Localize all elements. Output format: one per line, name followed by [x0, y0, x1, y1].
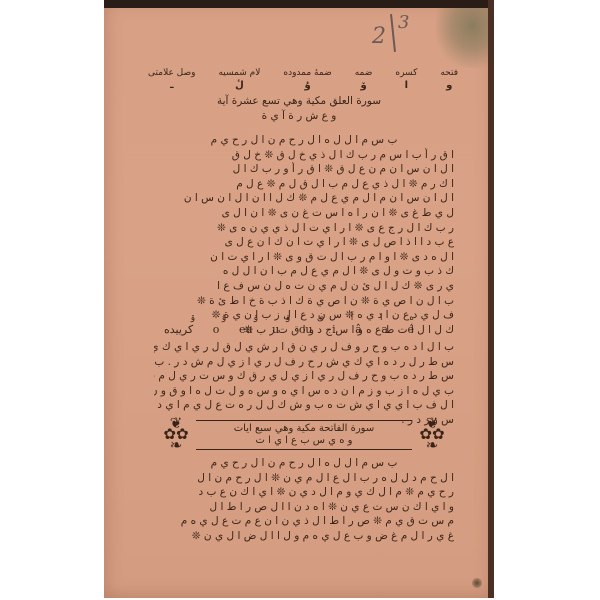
folio-denominator: 3 — [398, 12, 409, 33]
legend-entry: کسرها — [395, 68, 417, 91]
text-line: ي ر ى ❊ ك ل ا ل ئ ن ل م ي ن ت ه ل ن س ف … — [154, 279, 454, 294]
text-line: ب ا ل ا د ه ب و ح ر و ف ل ر ي ن ق ا ر ش … — [154, 340, 454, 355]
ornamental-banner: ❦✿✿❧ سورة الفاتحة مكية وهي سبع آيات و ه … — [156, 418, 452, 452]
transcription-mark: ى — [317, 313, 324, 323]
transcription-latin: کرییدهoeuuouiâaé — [164, 323, 414, 336]
text-line: م س ت ق ي م ❊ ص ر ا ط ا ل ذ ي ن ا ن ع م … — [154, 514, 454, 529]
folio-numerator: 2 — [372, 24, 386, 49]
transcription-latin-letter: ou — [299, 323, 313, 336]
page-right-edge — [488, 0, 494, 598]
folio-divider — [390, 14, 396, 52]
text-line: س ط ر د ه ب و ح ر ف ل ر ي ا ز ي ل ي ر ق … — [154, 369, 454, 384]
text-line: ب س م ا ل ل ه ا ل ر ح م ن ا ل ر ح ي م — [154, 456, 454, 471]
foxing-spot — [472, 578, 482, 588]
banner-rule-top — [196, 420, 412, 421]
text-line: س ط ر ل ر د ه ا ي ك ي ش ر ح ر ف ل ر ي ا … — [154, 355, 454, 370]
heading-line: و ع ش ر ة آ ي ة — [184, 109, 414, 124]
transcription-mark: ۉ — [285, 313, 290, 323]
text-line: ا ل ف ب ا ي ي ا ي ش ت ه ب و ش ك ل ل ر ه … — [154, 398, 454, 413]
text-line: ل ي ط غ ى ❊ ا ن ر ا ه ا س ت غ ن ى ❊ ا ن … — [154, 206, 454, 221]
surah-text-fatiha: ب س م ا ل ل ه ا ل ر ح م ن ا ل ر ح ي ما ل… — [154, 456, 454, 544]
corner-stain — [436, 8, 488, 68]
legend-mark: ۇ — [304, 80, 310, 91]
explanation-paragraph: ب ا ل ا د ه ب و ح ر و ف ل ر ي ن ق ا ر ش … — [154, 340, 454, 428]
legend-label: فتحه — [440, 68, 458, 78]
transcription-key: ۆۇۏۉىآاە کرییدهoeuuouiâaé — [164, 313, 414, 336]
text-line: ب ا ل ن ا ص ي ة ❊ ن ا ص ي ة ك ا ذ ب ة خ … — [154, 294, 454, 309]
legend-label: وصل علامتی — [148, 68, 195, 78]
transcription-mark: ۇ — [222, 313, 226, 323]
legend-entry: وصل علامتیـ — [148, 68, 195, 91]
transcription-latin-letter: u — [272, 323, 279, 336]
legend-entry: فتحهو — [440, 68, 458, 91]
transcription-marks: ۆۇۏۉىآاە — [164, 313, 414, 323]
page-top-edge — [104, 0, 494, 8]
transcription-mark: ۏ — [253, 313, 258, 323]
legend-mark: ۆ — [360, 80, 366, 91]
legend-mark: ا — [405, 80, 408, 91]
heading-line: سورة العلق مكية وهي تسع عشرة آية — [184, 94, 414, 109]
transcription-label: کرییده — [164, 323, 193, 336]
text-line: ا ق ر أ ب ا س م ر ب ك ا ل ذ ي خ ل ق ❊ خ … — [154, 148, 454, 163]
transcription-latin-letter: i — [332, 323, 336, 336]
transcription-mark: ۆ — [191, 313, 195, 323]
transcription-latin-letter: â — [355, 323, 362, 336]
banner-line: سورة الفاتحة مكية وهي سبع آيات — [196, 423, 412, 435]
banner-heading-fatiha: سورة الفاتحة مكية وهي سبع آيات و ه ي س ب… — [196, 423, 412, 447]
diacritic-legend: فتحهوکسرهاضمهۆضمهٔ ممدودهۇلام شمسیهلٔوصل… — [148, 68, 458, 91]
banner-line: و ه ي س ب ع آ ي ا ت — [196, 435, 412, 447]
transcription-mark: آ — [351, 313, 354, 323]
transcription-latin-letter: a — [381, 323, 388, 336]
legend-entry: ضمهٔ ممدودهۇ — [283, 68, 331, 91]
text-line: ك ذ ب و ت و ل ى ❊ ا ل م ي ع ل م ب ا ن ا … — [154, 264, 454, 279]
legend-mark: و — [446, 80, 452, 91]
text-line: ا ل ه د ى ❊ ا و ا م ر ب ا ل ت ق و ى ❊ ا … — [154, 250, 454, 265]
surah-text-alaq: ب س م ا ل ل ه ا ل ر ح م ن ا ل ر ح ي ما ق… — [154, 133, 454, 337]
text-line: ا ل ا ن س ا ن م ا ل م ي ع ل م ❊ ك ل ا ا … — [154, 191, 454, 206]
banner-rule-bottom — [196, 449, 412, 450]
legend-mark: ـ — [170, 80, 173, 91]
legend-label: ضمه — [355, 68, 373, 78]
text-line: ع ب د ا ا ذ ا ص ل ى ❊ ا ر ا ي ت ا ن ك ا … — [154, 235, 454, 250]
legend-label: لام شمسیه — [218, 68, 260, 78]
surah-heading-alaq: سورة العلق مكية وهي تسع عشرة آية و ع ش ر… — [184, 94, 414, 123]
text-line: ب ي ل ه ا ز ب و ز م ا ن د ه س ا ي ه و س … — [154, 384, 454, 399]
text-line: و ا ي ا ك ن س ت ع ي ن ❊ ا ه د ن ا ا ل ص … — [154, 500, 454, 515]
text-line: غ ي ر ا ل م غ ض و ب ع ل ي ه م و ل ا ا ل … — [154, 529, 454, 544]
legend-label: ضمهٔ ممدوده — [283, 68, 331, 78]
text-line: ا ك ر م ❊ ا ل ذ ي ع ل م ب ا ل ق ل م ❊ ع … — [154, 177, 454, 192]
text-line: ا ل ح م د ل ل ه ر ب ا ل ع ا ل م ي ن ❊ ا … — [154, 471, 454, 486]
transcription-latin-letter: é — [407, 323, 414, 336]
text-line: ر ح ي م ❊ م ا ل ك ي و م ا ل د ي ن ❊ ا ي … — [154, 485, 454, 500]
text-line: ر ب ك ا ل ر ج ع ى ❊ ا ر ا ي ت ا ل ذ ي ي … — [154, 221, 454, 236]
legend-label: کسره — [395, 68, 417, 78]
legend-entry: لام شمسیهلٔ — [218, 68, 260, 91]
book-page: 2 3 فتحهوکسرهاضمهۆضمهٔ ممدودهۇلام شمسیهل… — [104, 0, 494, 598]
transcription-latin-letter: eu — [239, 323, 253, 336]
legend-mark: لٔ — [235, 80, 244, 91]
transcription-mark: ە — [409, 313, 414, 323]
text-line: ا ل ا ن س ا ن م ن ع ل ق ❊ ا ق ر أ و ر ب … — [154, 162, 454, 177]
flourish-left-icon: ❦✿✿❧ — [156, 418, 196, 452]
transcription-mark: ا — [380, 313, 383, 323]
flourish-right-icon: ❦✿✿❧ — [412, 418, 452, 452]
text-line: ب س م ا ل ل ه ا ل ر ح م ن ا ل ر ح ي م — [154, 133, 454, 148]
legend-entry: ضمهۆ — [355, 68, 373, 91]
transcription-latin-letter: o — [213, 323, 220, 336]
